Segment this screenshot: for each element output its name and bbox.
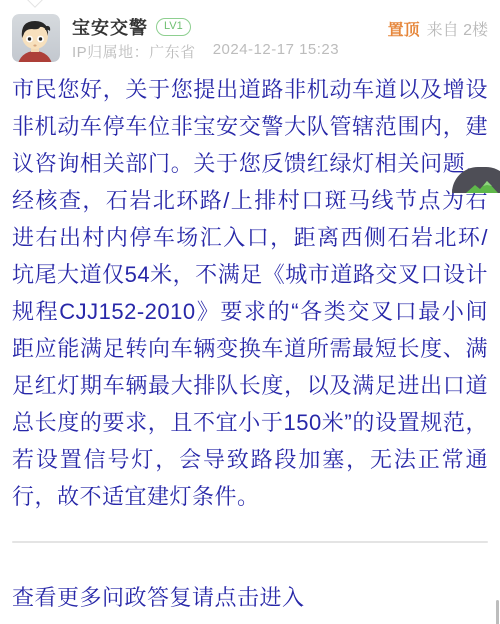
username[interactable]: 宝安交警 bbox=[72, 14, 148, 40]
avatar[interactable] bbox=[12, 14, 60, 62]
reply-text: 市民您好，关于您提出道路非机动车道以及增设非机动车停车位非宝安交警大队管辖范围内… bbox=[12, 71, 488, 515]
scrollbar-thumb[interactable] bbox=[496, 600, 499, 624]
timestamp: 2024-12-17 15:23 bbox=[213, 41, 339, 62]
header-right: 置顶 来自 2楼 bbox=[388, 17, 488, 40]
floor-label: 来自 2楼 bbox=[427, 17, 488, 40]
boy-avatar-icon bbox=[12, 14, 60, 62]
pinned-badge: 置顶 bbox=[388, 17, 420, 40]
comment-card: 宝安交警 LV1 置顶 来自 2楼 IP归属地：广东省 2024-12-17 1… bbox=[0, 0, 500, 624]
mountain-peaks-icon bbox=[466, 181, 498, 193]
level-badge: LV1 bbox=[156, 18, 191, 36]
tooltip-arrow-icon bbox=[25, 0, 45, 8]
meta-row: IP归属地：广东省 2024-12-17 15:23 bbox=[72, 41, 339, 62]
name-row: 宝安交警 LV1 bbox=[72, 15, 191, 39]
view-more-link[interactable]: 查看更多问政答复请点击进入 bbox=[12, 579, 305, 616]
divider bbox=[12, 541, 488, 543]
ip-location: IP归属地：广东省 bbox=[72, 41, 196, 62]
